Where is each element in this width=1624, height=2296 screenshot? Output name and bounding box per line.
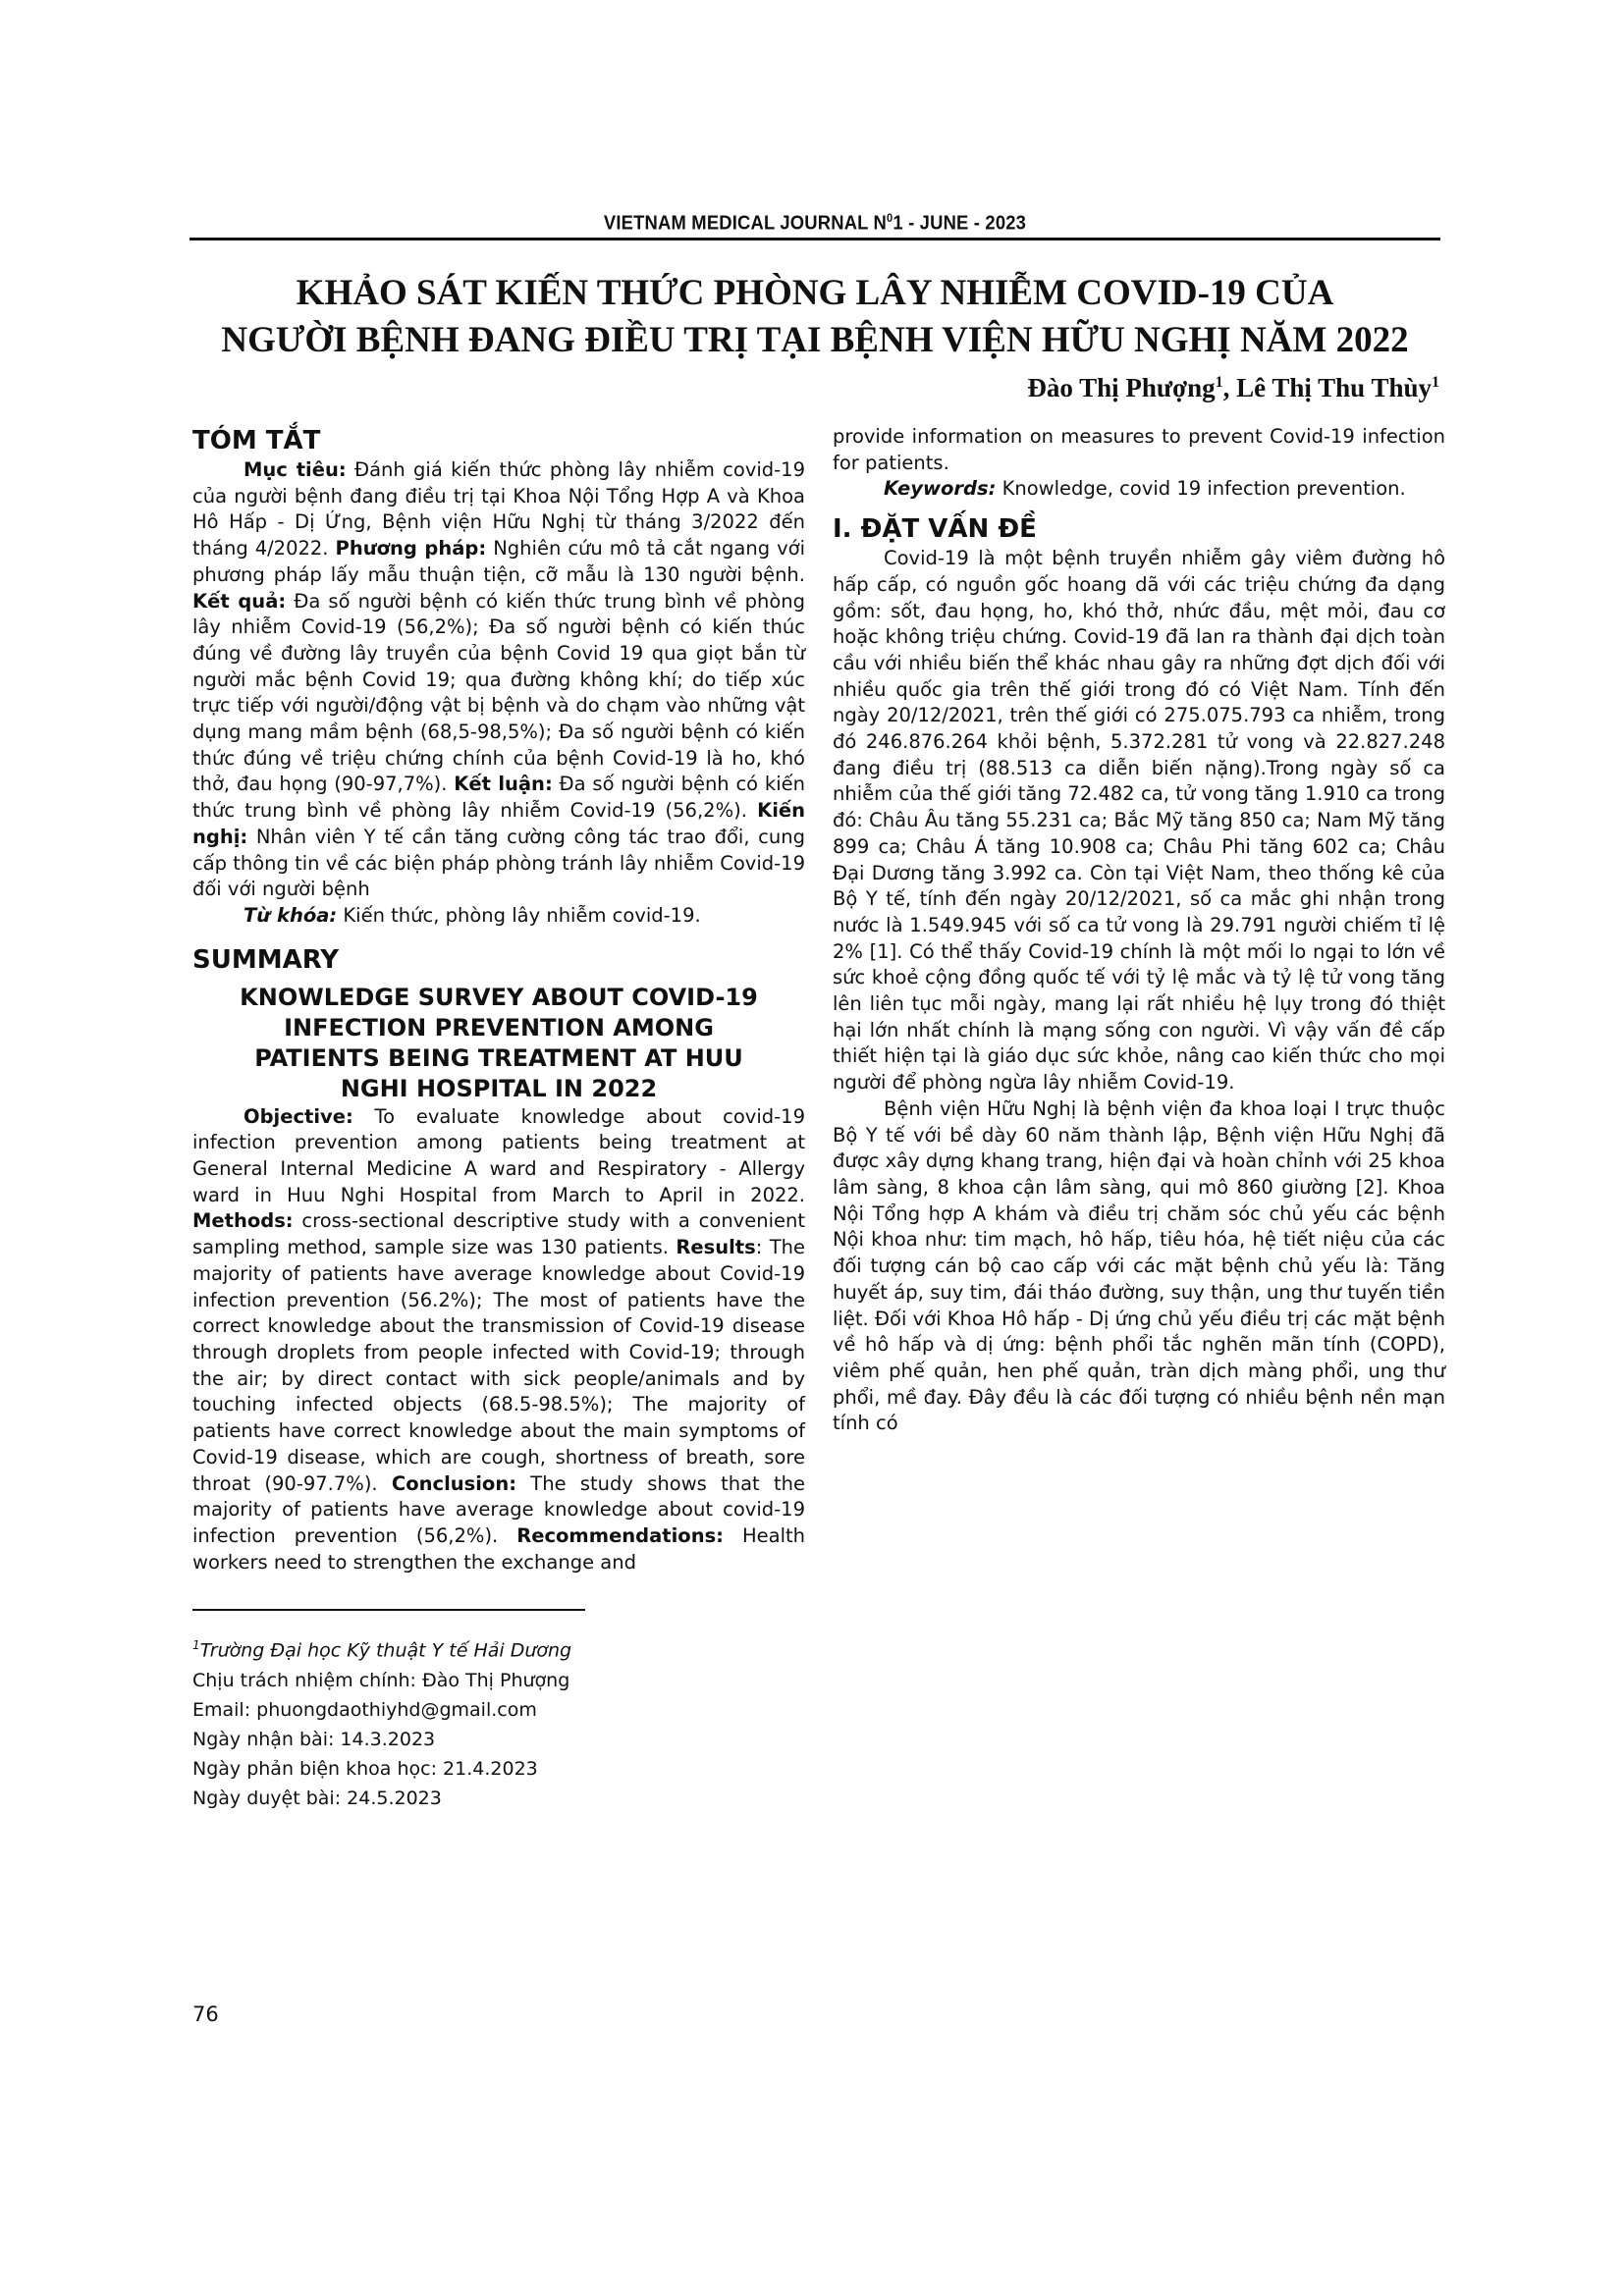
footnote-reviewed: Ngày phản biện khoa học: 21.4.2023 <box>192 1754 805 1784</box>
keywords-vi: Từ khóa: Kiến thức, phòng lây nhiễm covi… <box>192 903 805 930</box>
footnote-affiliation: 1Trường Đại học Kỹ thuật Y tế Hải Dương <box>192 1630 805 1665</box>
abstract-en-continued: provide information on measures to preve… <box>833 424 1445 476</box>
results-text: Đa số người bệnh có kiến thức trung bình… <box>192 590 805 796</box>
article-title: KHẢO SÁT KIẾN THỨC PHÒNG LÂY NHIỄM COVID… <box>191 270 1438 364</box>
journal-name: VIETNAM MEDICAL JOURNAL N <box>604 213 887 235</box>
section-1-heading: I. ĐẶT VẤN ĐỀ <box>833 512 1445 546</box>
author-affiliation: 1 <box>1216 374 1223 391</box>
recommendation-label-en: Recommendations: <box>516 1524 724 1547</box>
author-list: Đào Thị Phượng1, Lê Thị Thu Thùy1 <box>1027 373 1439 403</box>
author-affiliation: 1 <box>1432 374 1439 391</box>
title-line: NGƯỜI BỆNH ĐANG ĐIỀU TRỊ TẠI BỆNH VIỆN H… <box>191 317 1438 364</box>
author-name: Lê Thị Thu Thùy <box>1236 373 1432 402</box>
english-title-line: KNOWLEDGE SURVEY ABOUT COVID-19 <box>192 983 805 1013</box>
summary-heading: SUMMARY <box>192 943 805 977</box>
title-line: KHẢO SÁT KIẾN THỨC PHÒNG LÂY NHIỄM COVID… <box>191 270 1438 317</box>
keywords-text-en: Knowledge, covid 19 infection prevention… <box>996 477 1405 500</box>
abstract-vi-heading: TÓM TẮT <box>192 424 805 457</box>
left-column: TÓM TẮT Mục tiêu: Đánh giá kiến thức phò… <box>192 424 805 1813</box>
footnote-accepted: Ngày duyệt bài: 24.5.2023 <box>192 1784 805 1813</box>
results-label-en: Results <box>676 1236 755 1258</box>
english-title-line: NGHI HOSPITAL IN 2022 <box>192 1074 805 1104</box>
objective-label: Mục tiêu: <box>244 458 347 481</box>
keywords-text: Kiến thức, phòng lây nhiễm covid-19. <box>337 904 701 927</box>
right-column: provide information on measures to preve… <box>833 424 1445 1437</box>
results-label: Kết quả: <box>192 590 286 613</box>
header-rule <box>189 238 1440 240</box>
conclusion-label-en: Conclusion: <box>392 1472 516 1495</box>
english-title: KNOWLEDGE SURVEY ABOUT COVID-19 INFECTIO… <box>192 983 805 1104</box>
keywords-label: Từ khóa: <box>244 904 337 927</box>
methods-label: Phương pháp: <box>336 537 487 560</box>
conclusion-label: Kết luận: <box>454 773 552 795</box>
english-title-line: PATIENTS BEING TREATMENT AT HUU <box>192 1043 805 1074</box>
abstract-en-body: Objective: To evaluate knowledge about c… <box>192 1104 805 1576</box>
keywords-en: Keywords: Knowledge, covid 19 infection … <box>833 476 1445 503</box>
footnote-rule <box>192 1609 585 1611</box>
author-name: Đào Thị Phượng <box>1027 373 1215 402</box>
journal-page: VIETNAM MEDICAL JOURNAL N01 - JUNE - 202… <box>0 0 1624 2296</box>
keywords-label-en: Keywords: <box>884 477 996 500</box>
abstract-vi-body: Mục tiêu: Đánh giá kiến thức phòng lây n… <box>192 457 805 903</box>
footnote-affiliation-sup: 1 <box>192 1638 200 1652</box>
footnote-email[interactable]: Email: phuongdaothiyhd@gmail.com <box>192 1695 805 1725</box>
results-text-en: : The majority of patients have average … <box>192 1236 805 1494</box>
english-title-line: INFECTION PREVENTION AMONG <box>192 1013 805 1043</box>
running-header: VIETNAM MEDICAL JOURNAL N01 - JUNE - 202… <box>242 211 1388 236</box>
methods-label-en: Methods: <box>192 1209 294 1232</box>
section-1-paragraph: Bệnh viện Hữu Nghị là bệnh viện đa khoa … <box>833 1096 1445 1437</box>
objective-label-en: Objective: <box>244 1105 353 1128</box>
author-separator: , <box>1223 373 1237 402</box>
section-1-paragraph: Covid-19 là một bệnh truyền nhiễm gây vi… <box>833 546 1445 1096</box>
footnote-received: Ngày nhận bài: 14.3.2023 <box>192 1725 805 1754</box>
footnote-affiliation-text: Trường Đại học Kỹ thuật Y tế Hải Dương <box>200 1640 571 1662</box>
journal-issue: 1 - JUNE - 2023 <box>893 213 1026 235</box>
recommendation-text: Nhân viên Y tế cần tăng cường công tác t… <box>192 826 805 900</box>
footnote-corresponding: Chịu trách nhiệm chính: Đào Thị Phượng <box>192 1666 805 1695</box>
page-number: 76 <box>192 2002 219 2026</box>
